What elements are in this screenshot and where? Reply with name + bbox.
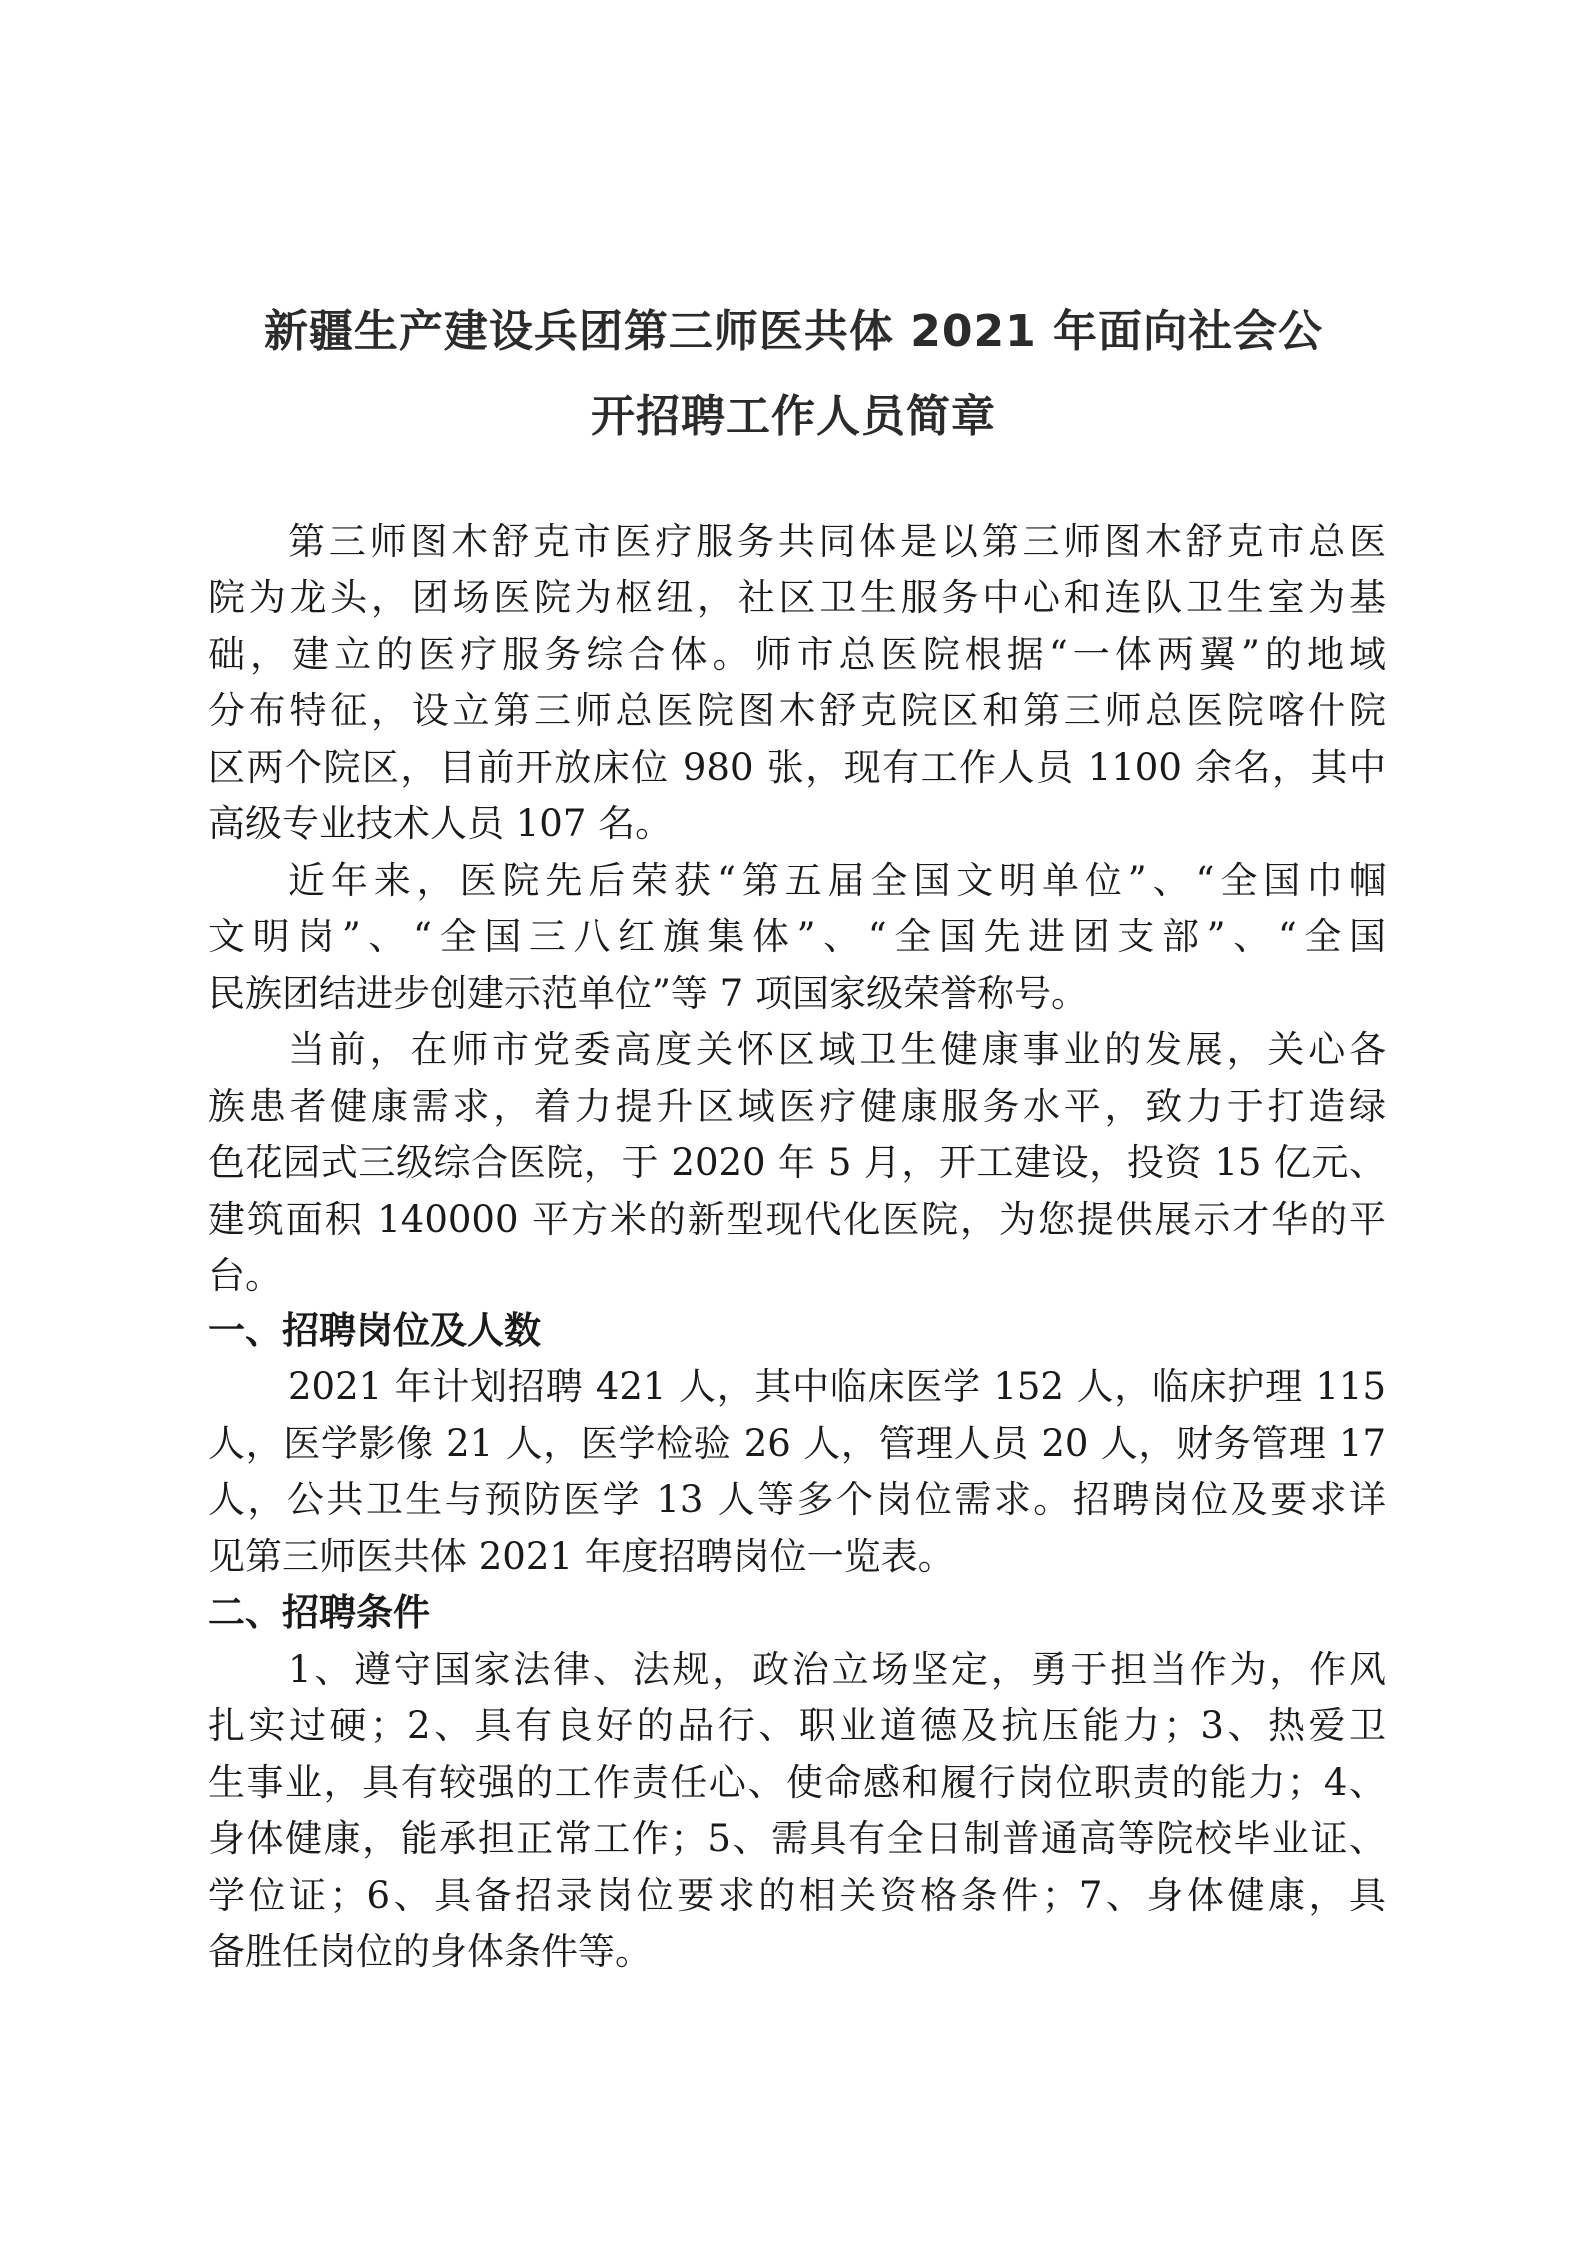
text-line: 当前，在师市党委高度关怀区域卫生健康事业的发展，关心各 [288, 1022, 1386, 1078]
text-line: 族患者健康需求，着力提升区域医疗健康服务水平，致力于打造绿 [208, 1079, 1386, 1135]
text-line: 础，建立的医疗服务综合体。师市总医院根据“一体两翼”的地域 [208, 627, 1386, 683]
text-line: 2021 年计划招聘 421 人，其中临床医学 152 人，临床护理 115 [288, 1359, 1386, 1415]
text-line: 人，公共卫生与预防医学 13 人等多个岗位需求。招聘岗位及要求详 [208, 1472, 1386, 1528]
text-line: 分布特征，设立第三师总医院图木舒克院区和第三师总医院喀什院 [208, 683, 1386, 739]
section-heading: 二、招聘条件 [208, 1585, 430, 1641]
text-line: 生事业，具有较强的工作责任心、使命感和履行岗位职责的能力；4、 [208, 1755, 1386, 1811]
text-line: 台。 [208, 1248, 1386, 1304]
text-line: 区两个院区，目前开放床位 980 张，现有工作人员 1100 余名，其中 [208, 740, 1386, 796]
text-line: 1、遵守国家法律、法规，政治立场坚定，勇于担当作为，作风 [288, 1642, 1386, 1698]
text-line: 近年来，医院先后荣获“第五届全国文明单位”、“全国巾帼 [288, 853, 1386, 909]
text-line: 民族团结进步创建示范单位”等 7 项国家级荣誉称号。 [208, 966, 1386, 1022]
text-line: 学位证；6、具备招录岗位要求的相关资格条件；7、身体健康，具 [208, 1868, 1386, 1924]
text-line: 建筑面积 140000 平方米的新型现代化医院，为您提供展示才华的平 [208, 1192, 1386, 1248]
text-line: 人，医学影像 21 人，医学检验 26 人，管理人员 20 人，财务管理 17 [208, 1416, 1386, 1472]
text-line: 见第三师医共体 2021 年度招聘岗位一览表。 [208, 1529, 1386, 1585]
document-title-line-2: 开招聘工作人员简章 [0, 380, 1587, 444]
document-title-line-1: 新疆生产建设兵团第三师医共体 2021 年面向社会公 [0, 295, 1587, 359]
text-line: 高级专业技术人员 107 名。 [208, 796, 1386, 852]
text-line: 备胜任岗位的身体条件等。 [208, 1924, 1386, 1980]
section-heading: 一、招聘岗位及人数 [208, 1303, 541, 1359]
text-line: 色花园式三级综合医院，于 2020 年 5 月，开工建设，投资 15 亿元、 [208, 1135, 1386, 1191]
text-line: 扎实过硬；2、具有良好的品行、职业道德及抗压能力；3、热爱卫 [208, 1698, 1386, 1754]
text-line: 第三师图木舒克市医疗服务共同体是以第三师图木舒克市总医 [288, 514, 1386, 570]
text-line: 院为龙头，团场医院为枢纽，社区卫生服务中心和连队卫生室为基 [208, 570, 1386, 626]
document-page: 新疆生产建设兵团第三师医共体 2021 年面向社会公 开招聘工作人员简章 第三师… [0, 0, 1587, 2245]
text-line: 文明岗”、“全国三八红旗集体”、“全国先进团支部”、“全国 [208, 909, 1386, 965]
text-line: 身体健康，能承担正常工作；5、需具有全日制普通高等院校毕业证、 [208, 1811, 1386, 1867]
